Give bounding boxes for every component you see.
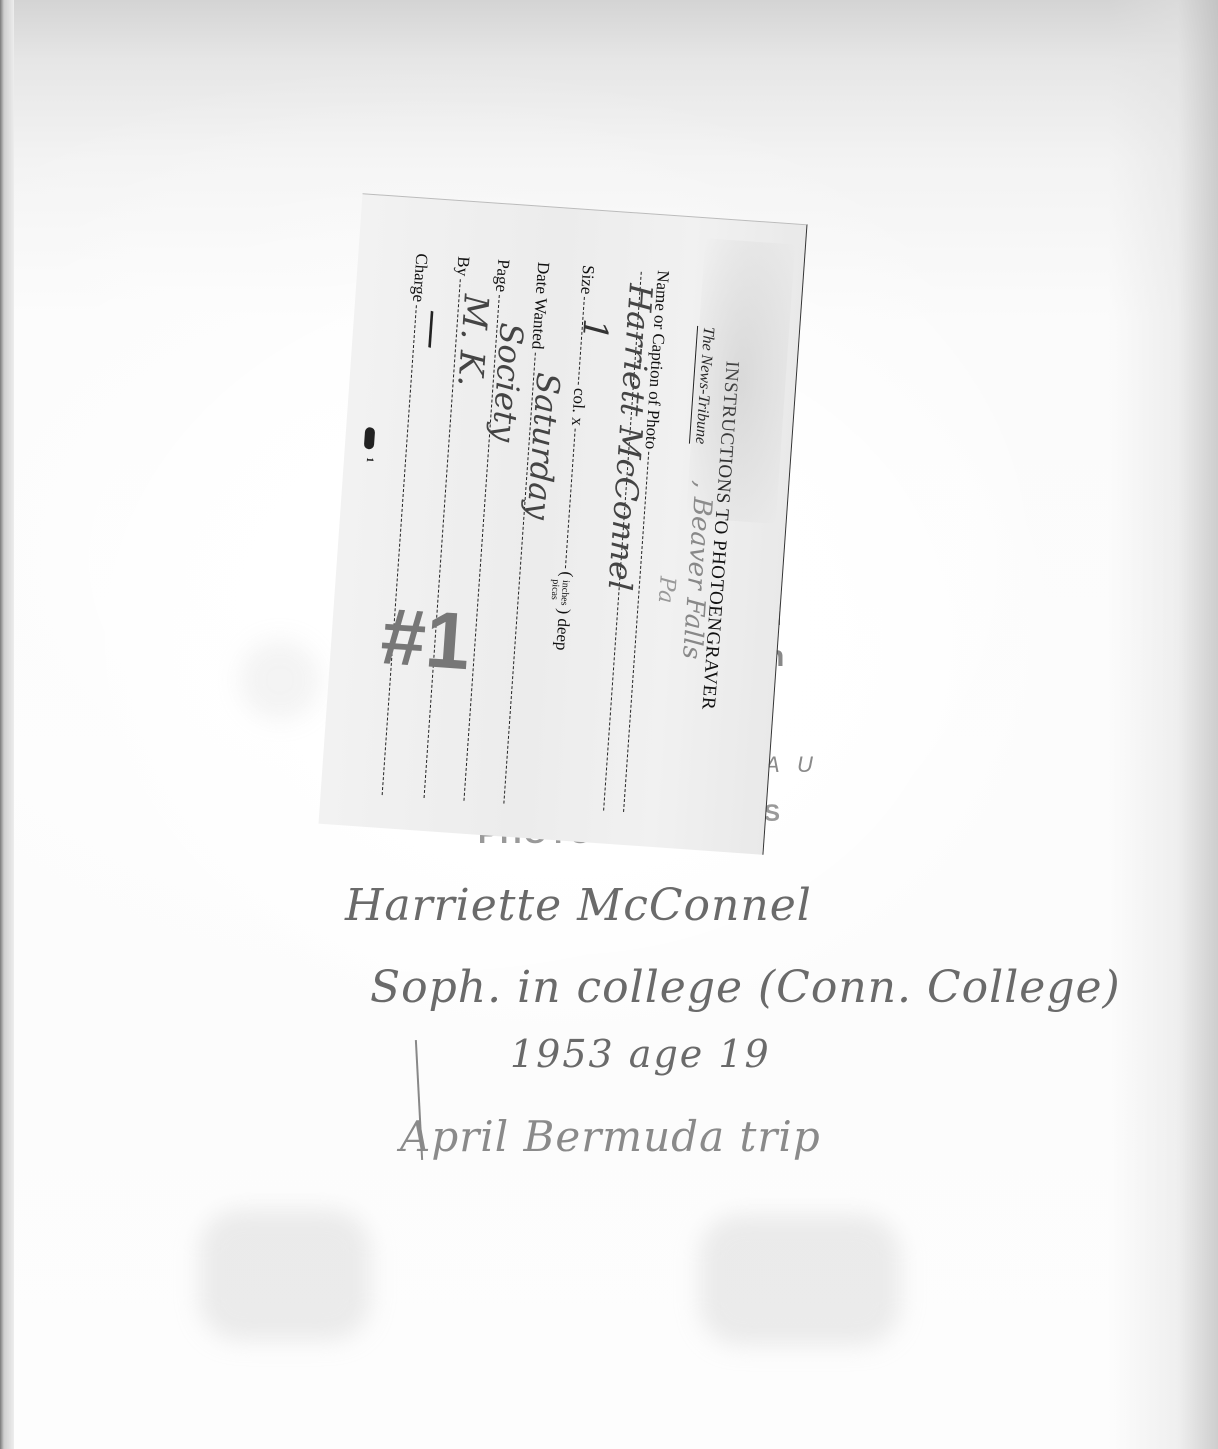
note-trip: April Bermuda trip (400, 1112, 821, 1161)
size-units: inches picas (548, 579, 570, 606)
card-publication: The News-Tribune (689, 326, 717, 445)
handwritten-state: Pa (653, 576, 680, 605)
note-year-age: 1953 age 19 (510, 1032, 771, 1076)
smudge (700, 1215, 900, 1345)
note-name: Harriette McConnel (345, 880, 812, 931)
scan-edge-right (1108, 0, 1218, 1449)
field-line (565, 429, 576, 569)
units-picas: picas (548, 579, 560, 605)
size-deep-label: ) deep (551, 608, 574, 651)
stamp-fragment: A U (765, 752, 819, 778)
field-label: By (452, 256, 473, 277)
printer-mark-number: 1 (364, 457, 375, 463)
field-label: Size (576, 264, 598, 295)
field-label: Charge (408, 253, 431, 303)
printer-logo-icon (364, 427, 376, 450)
handwritten-by: M. K. (449, 293, 495, 388)
field-line (578, 297, 585, 385)
field-line (382, 305, 417, 795)
handwritten-charge: — (409, 308, 458, 351)
photoengraver-instruction-card: INSTRUCTIONS TO PHOTOENGRAVER The News-T… (319, 193, 808, 855)
size-col-label: col. x (567, 387, 590, 426)
smudge (240, 640, 320, 720)
smudge (200, 1210, 370, 1340)
paren: ( (556, 571, 576, 578)
grease-pencil-mark: #1 (378, 590, 473, 688)
handwritten-size: 1 (574, 317, 615, 341)
note-college: Soph. in college (Conn. College) (370, 962, 1121, 1013)
field-label: Page (491, 258, 513, 292)
field-label: Date Wanted (527, 261, 553, 350)
scan-edge-left (0, 0, 14, 1449)
